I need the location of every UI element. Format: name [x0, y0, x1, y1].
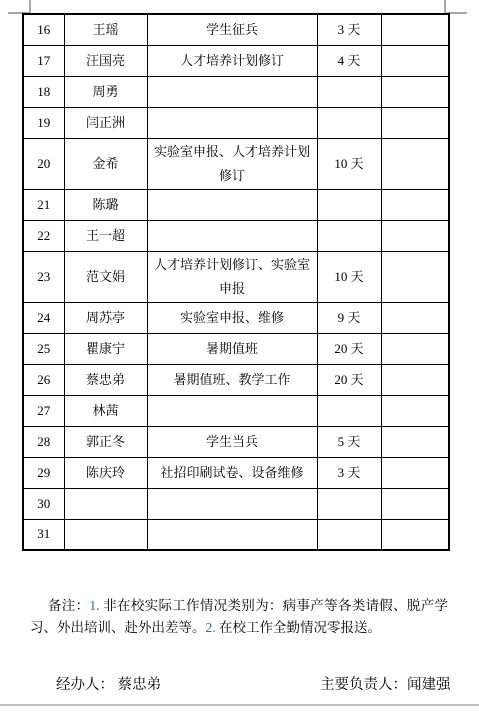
- signature-cell: [381, 519, 449, 550]
- work-description-cell: 社招印刷试卷、设备维修: [147, 457, 317, 488]
- work-description-cell: 人才培养计划修订、实验室申报: [147, 251, 317, 302]
- name-cell: 金希: [64, 138, 147, 189]
- signature-cell: [381, 220, 449, 251]
- signature-cell: [381, 14, 449, 45]
- handler-label: 经办人：: [56, 677, 114, 693]
- name-cell: 郭正冬: [64, 426, 147, 457]
- work-description-cell: [147, 395, 317, 426]
- work-description-cell: [147, 189, 317, 220]
- row-number-cell: 26: [23, 364, 64, 395]
- days-cell: [317, 519, 381, 550]
- signature-cell: [381, 107, 449, 138]
- row-number-cell: 17: [23, 45, 64, 76]
- principal-label: 主要负责人：: [320, 677, 407, 693]
- work-description-cell: 实验室申报、维修: [147, 302, 317, 333]
- table-row: 27林茜: [23, 395, 449, 426]
- work-description-cell: [147, 76, 317, 107]
- row-number-cell: 30: [23, 488, 64, 519]
- table-row: 23范文娟人才培养计划修订、实验室申报10 天: [23, 251, 449, 302]
- name-cell: 周勇: [64, 76, 147, 107]
- name-cell: [64, 488, 147, 519]
- days-cell: [317, 488, 381, 519]
- signature-cell: [381, 251, 449, 302]
- handler-signature: 经办人： 蔡忠弟: [56, 673, 161, 694]
- table-row: 28郭正冬学生当兵5 天: [23, 426, 449, 457]
- row-number-cell: 18: [23, 76, 64, 107]
- handler-name: 蔡忠弟: [114, 677, 161, 693]
- days-cell: [317, 220, 381, 251]
- table-row: 17汪国亮人才培养计划修订4 天: [23, 45, 449, 76]
- days-cell: [317, 189, 381, 220]
- row-number-cell: 20: [23, 138, 64, 189]
- days-cell: [317, 107, 381, 138]
- row-number-cell: 24: [23, 302, 64, 333]
- name-cell: 瞿康宁: [64, 333, 147, 364]
- days-cell: 20 天: [317, 364, 381, 395]
- row-number-cell: 16: [23, 14, 64, 45]
- work-description-cell: 学生征兵: [147, 14, 317, 45]
- page-bottom-edge: [0, 704, 479, 706]
- remarks-item2-text: 在校工作全勤情况零报送。: [216, 620, 381, 635]
- name-cell: 王一超: [64, 220, 147, 251]
- row-number-cell: 29: [23, 457, 64, 488]
- name-cell: 陈璐: [64, 189, 147, 220]
- attendance-table: 16王瑶学生征兵3 天17汪国亮人才培养计划修订4 天18周勇19闫正洲20金希…: [22, 13, 450, 551]
- work-description-cell: [147, 488, 317, 519]
- principal-name: 闻建强: [407, 677, 451, 693]
- row-number-cell: 23: [23, 251, 64, 302]
- name-cell: 汪国亮: [64, 45, 147, 76]
- remarks-prefix: 备注：: [48, 598, 89, 613]
- days-cell: [317, 76, 381, 107]
- name-cell: 闫正洲: [64, 107, 147, 138]
- row-number-cell: 21: [23, 189, 64, 220]
- work-description-cell: 人才培养计划修订: [147, 45, 317, 76]
- signature-cell: [381, 45, 449, 76]
- table-row: 16王瑶学生征兵3 天: [23, 14, 449, 45]
- days-cell: 3 天: [317, 457, 381, 488]
- signature-cell: [381, 189, 449, 220]
- work-description-cell: 暑期值班、教学工作: [147, 364, 317, 395]
- days-cell: 4 天: [317, 45, 381, 76]
- signature-cell: [381, 457, 449, 488]
- table-row: 31: [23, 519, 449, 550]
- remarks-paragraph: 备注：1. 非在校实际工作情况类别为：病事产等各类请假、脱产学习、外出培训、赴外…: [30, 595, 448, 638]
- table-row: 19闫正洲: [23, 107, 449, 138]
- table-row: 20金希实验室申报、人才培养计划修订10 天: [23, 138, 449, 189]
- days-cell: 3 天: [317, 14, 381, 45]
- days-cell: [317, 395, 381, 426]
- name-cell: 林茜: [64, 395, 147, 426]
- signature-cell: [381, 426, 449, 457]
- signature-cell: [381, 395, 449, 426]
- work-description-cell: [147, 519, 317, 550]
- days-cell: 5 天: [317, 426, 381, 457]
- row-number-cell: 28: [23, 426, 64, 457]
- name-cell: 王瑶: [64, 14, 147, 45]
- name-cell: 周苏亭: [64, 302, 147, 333]
- days-cell: 20 天: [317, 333, 381, 364]
- row-number-cell: 31: [23, 519, 64, 550]
- table-row: 21陈璐: [23, 189, 449, 220]
- row-number-cell: 27: [23, 395, 64, 426]
- days-cell: 9 天: [317, 302, 381, 333]
- row-number-cell: 22: [23, 220, 64, 251]
- table-row: 29陈庆玲社招印刷试卷、设备维修3 天: [23, 457, 449, 488]
- table-row: 22王一超: [23, 220, 449, 251]
- table-row: 25瞿康宁暑期值班20 天: [23, 333, 449, 364]
- document-page: 16王瑶学生征兵3 天17汪国亮人才培养计划修订4 天18周勇19闫正洲20金希…: [0, 0, 479, 711]
- work-description-cell: 学生当兵: [147, 426, 317, 457]
- name-cell: 陈庆玲: [64, 457, 147, 488]
- remarks-item1-number: 1.: [89, 598, 99, 613]
- remarks-item2-number: 2.: [206, 620, 216, 635]
- signature-cell: [381, 488, 449, 519]
- days-cell: 10 天: [317, 138, 381, 189]
- work-description-cell: 实验室申报、人才培养计划修订: [147, 138, 317, 189]
- signature-cell: [381, 333, 449, 364]
- name-cell: 范文娟: [64, 251, 147, 302]
- work-description-cell: [147, 220, 317, 251]
- signature-cell: [381, 138, 449, 189]
- row-number-cell: 19: [23, 107, 64, 138]
- name-cell: 蔡忠弟: [64, 364, 147, 395]
- row-number-cell: 25: [23, 333, 64, 364]
- signature-cell: [381, 76, 449, 107]
- days-cell: 10 天: [317, 251, 381, 302]
- signature-cell: [381, 302, 449, 333]
- table-row: 18周勇: [23, 76, 449, 107]
- name-cell: [64, 519, 147, 550]
- table-row: 24周苏亭实验室申报、维修9 天: [23, 302, 449, 333]
- principal-signature: 主要负责人：闻建强: [320, 673, 451, 694]
- work-description-cell: [147, 107, 317, 138]
- table-row: 30: [23, 488, 449, 519]
- work-description-cell: 暑期值班: [147, 333, 317, 364]
- signature-cell: [381, 364, 449, 395]
- table-row: 26蔡忠弟暑期值班、教学工作20 天: [23, 364, 449, 395]
